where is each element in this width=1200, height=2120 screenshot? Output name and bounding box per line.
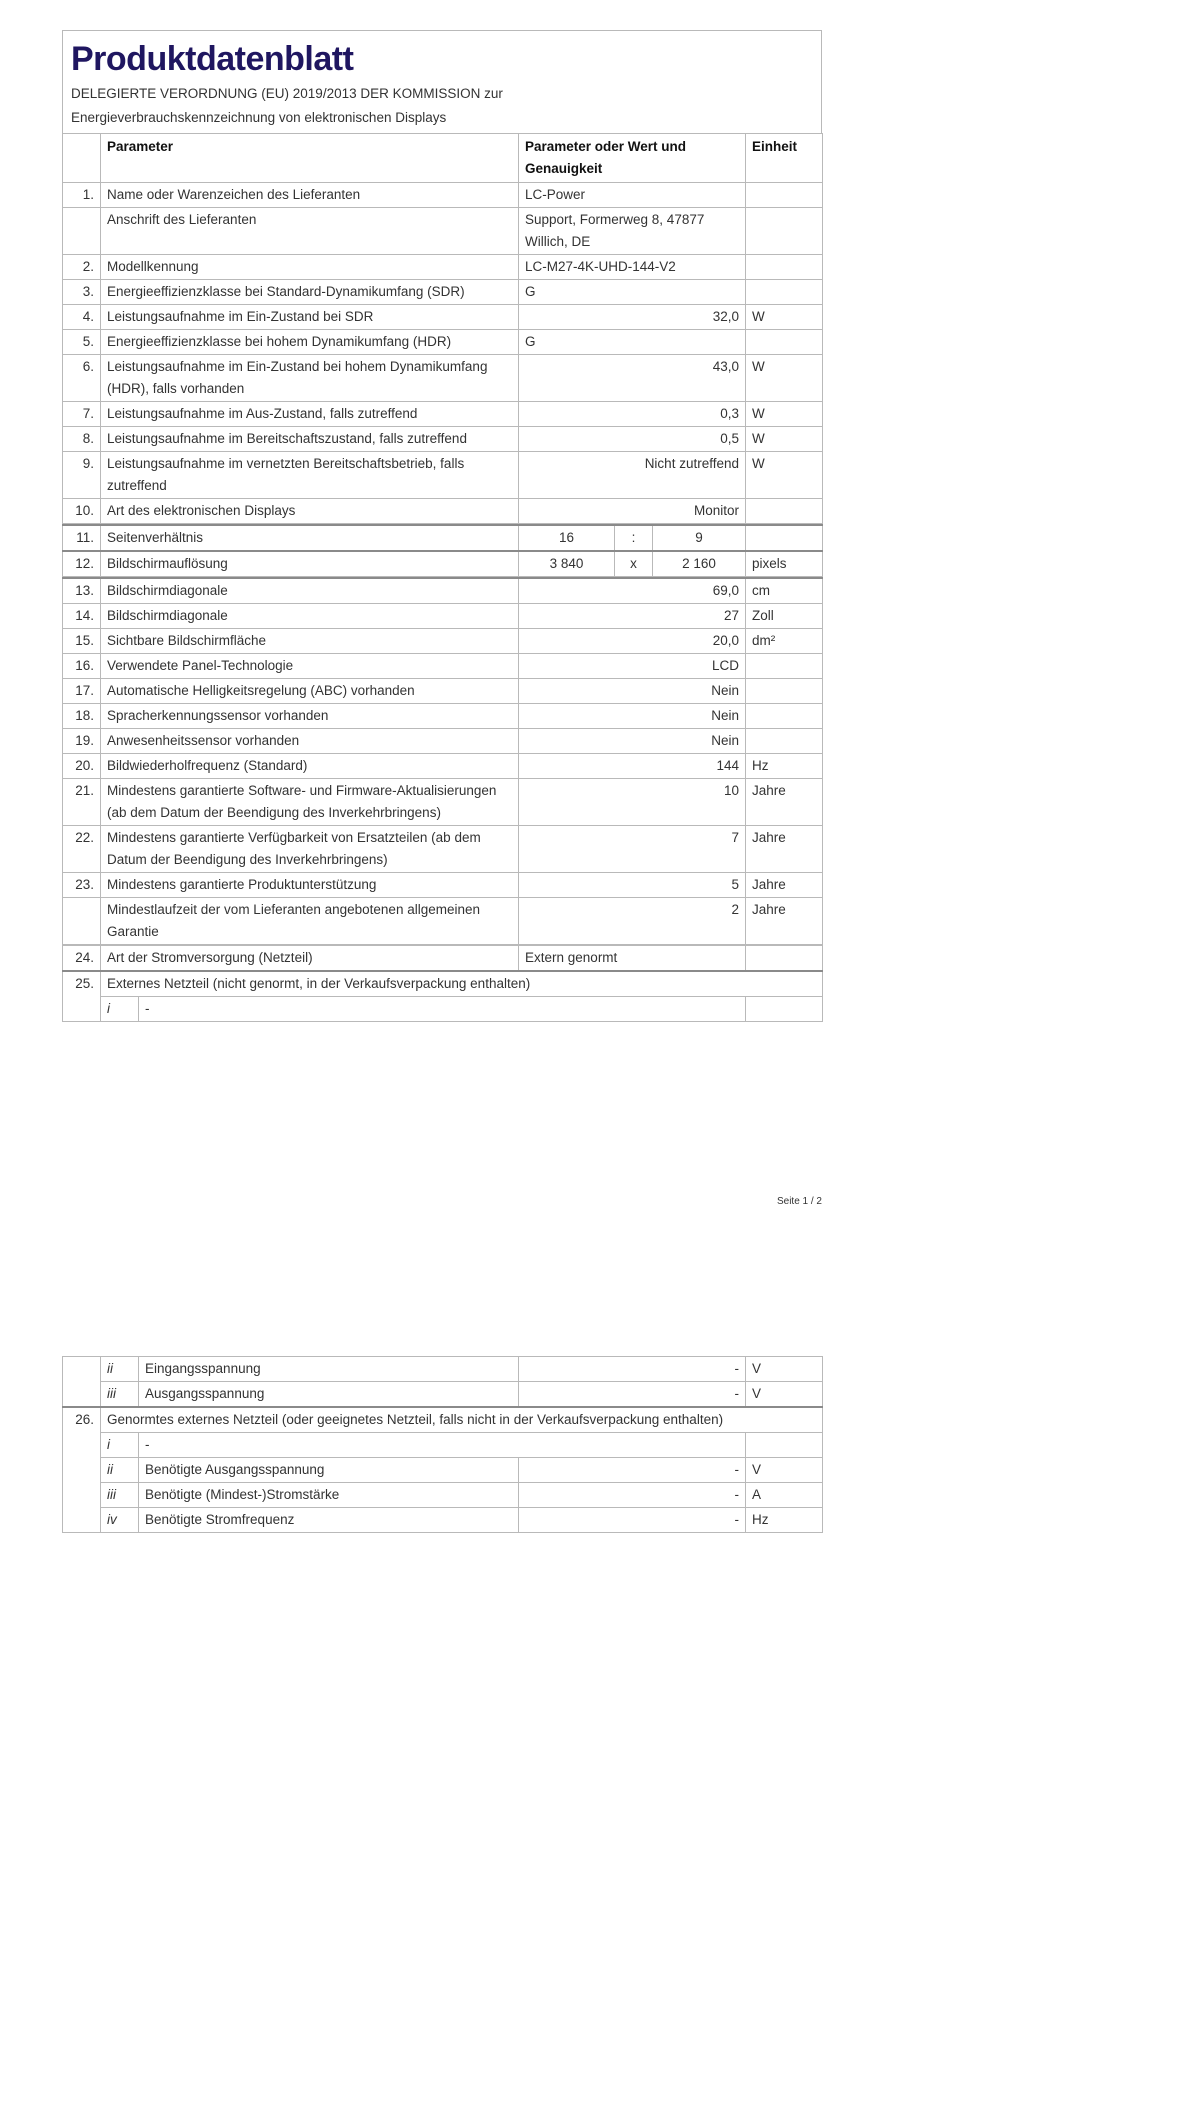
- roman-index: i: [101, 1433, 139, 1458]
- parameter-label: Name oder Warenzeichen des Lieferanten: [101, 183, 519, 208]
- row-number: 2.: [63, 255, 101, 280]
- table-row: iiiAusgangsspannung-V: [63, 1382, 823, 1408]
- unit-label: [746, 679, 823, 704]
- row-number: 22.: [63, 826, 101, 873]
- table-row: 23.Mindestens garantierte Produktunterst…: [63, 873, 823, 898]
- row-number: 13.: [63, 578, 101, 604]
- row-number: 23.: [63, 873, 101, 898]
- parameter-value: 43,0: [519, 355, 746, 402]
- unit-label: W: [746, 355, 823, 402]
- parameter-value: LCD: [519, 654, 746, 679]
- unit-label: [746, 525, 823, 551]
- parameter-label: Bildschirmdiagonale: [101, 604, 519, 629]
- parameter-label: Mindestens garantierte Produktunterstütz…: [101, 873, 519, 898]
- value-b: 9: [653, 525, 746, 551]
- parameter-value: 20,0: [519, 629, 746, 654]
- roman-index: ii: [101, 1357, 139, 1382]
- row-number: 6.: [63, 355, 101, 402]
- row-number: 3.: [63, 280, 101, 305]
- parameter-value: -: [519, 1357, 746, 1382]
- parameter-value: -: [519, 1458, 746, 1483]
- parameter-label: Leistungsaufnahme im Aus-Zustand, falls …: [101, 402, 519, 427]
- row-number: 24.: [63, 946, 101, 972]
- standard-psu-row: 26.Genormtes externes Netzteil (oder gee…: [63, 1407, 823, 1433]
- table-row: Anschrift des LieferantenSupport, Former…: [63, 208, 823, 255]
- unit-label: [746, 183, 823, 208]
- row-number: 25.: [63, 971, 101, 1022]
- row-number: 12.: [63, 551, 101, 577]
- row-number: 10.: [63, 499, 101, 524]
- parameter-label: Leistungsaufnahme im Bereitschaftszustan…: [101, 427, 519, 452]
- row-number: 15.: [63, 629, 101, 654]
- parameter-value: -: [519, 1483, 746, 1508]
- unit-label: W: [746, 305, 823, 330]
- parameter-label: Bildschirmauflösung: [101, 551, 519, 577]
- parameter-label: Leistungsaufnahme im Ein-Zustand bei SDR: [101, 305, 519, 330]
- parameter-value: 5: [519, 873, 746, 898]
- unit-label: Zoll: [746, 604, 823, 629]
- roman-index: iv: [101, 1508, 139, 1533]
- parameter-label: Bildwiederholfrequenz (Standard): [101, 754, 519, 779]
- parameter-label: Verwendete Panel-Technologie: [101, 654, 519, 679]
- header-unit: Einheit: [746, 134, 823, 183]
- header-block: Produktdatenblatt DELEGIERTE VERORDNUNG …: [62, 30, 822, 133]
- table-row: 8.Leistungsaufnahme im Bereitschaftszust…: [63, 427, 823, 452]
- row-number: 16.: [63, 654, 101, 679]
- parameter-label: Mindestens garantierte Verfügbarkeit von…: [101, 826, 519, 873]
- row-number: [63, 208, 101, 255]
- table-row: 9.Leistungsaufnahme im vernetzten Bereit…: [63, 452, 823, 499]
- parameter-value: 69,0: [519, 578, 746, 604]
- parameter-value: Extern genormt: [519, 946, 746, 972]
- datasheet-table-supply: 24.Art der Stromversorgung (Netzteil)Ext…: [62, 945, 823, 1022]
- parameter-value: Nicht zutreffend: [519, 452, 746, 499]
- parameter-value: -: [519, 1382, 746, 1408]
- parameter-label: Energieeffizienzklasse bei Standard-Dyna…: [101, 280, 519, 305]
- parameter-label: Art der Stromversorgung (Netzteil): [101, 946, 519, 972]
- parameter-value: G: [519, 280, 746, 305]
- roman-index: i: [101, 997, 139, 1022]
- roman-index: iii: [101, 1483, 139, 1508]
- roman-index: iii: [101, 1382, 139, 1408]
- parameter-label: Eingangsspannung: [139, 1357, 519, 1382]
- parameter-label: Benötigte Ausgangsspannung: [139, 1458, 519, 1483]
- unit-label: [746, 1433, 823, 1458]
- parameter-label: Modellkennung: [101, 255, 519, 280]
- resolution-row: 12.Bildschirmauflösung3 840x2 160pixels: [63, 551, 823, 577]
- header-value: Parameter oder Wert und Genauigkeit: [519, 134, 746, 183]
- table-header-row: Parameter Parameter oder Wert und Genaui…: [63, 134, 823, 183]
- table-row: 19.Anwesenheitssensor vorhandenNein: [63, 729, 823, 754]
- table-row: 4.Leistungsaufnahme im Ein-Zustand bei S…: [63, 305, 823, 330]
- table-row: 22.Mindestens garantierte Verfügbarkeit …: [63, 826, 823, 873]
- parameter-value: Support, Formerweg 8, 47877 Willich, DE: [519, 208, 746, 255]
- parameter-value: 0,3: [519, 402, 746, 427]
- page-number: Seite 1 / 2: [760, 1196, 822, 1207]
- external-psu-sub-row: i-: [63, 997, 823, 1022]
- row-number: 21.: [63, 779, 101, 826]
- parameter-label: Mindestlaufzeit der vom Lieferanten ange…: [101, 898, 519, 945]
- aspect-ratio-row: 11.Seitenverhältnis16:9: [63, 525, 823, 551]
- row-number: 26.: [63, 1407, 101, 1533]
- row-number: 20.: [63, 754, 101, 779]
- table-row: ivBenötigte Stromfrequenz-Hz: [63, 1508, 823, 1533]
- unit-label: Hz: [746, 1508, 823, 1533]
- parameter-value: 0,5: [519, 427, 746, 452]
- value-a: 16: [519, 525, 615, 551]
- row-number: 14.: [63, 604, 101, 629]
- parameter-value: Nein: [519, 729, 746, 754]
- datasheet-table-cont: 13.Bildschirmdiagonale69,0cm14.Bildschir…: [62, 577, 823, 945]
- row-number: [63, 898, 101, 945]
- parameter-label: Bildschirmdiagonale: [101, 578, 519, 604]
- table-row: 3.Energieeffizienzklasse bei Standard-Dy…: [63, 280, 823, 305]
- unit-label: W: [746, 452, 823, 499]
- parameter-value: 7: [519, 826, 746, 873]
- value-a: 3 840: [519, 551, 615, 577]
- roman-index: ii: [101, 1458, 139, 1483]
- row-number: 8.: [63, 427, 101, 452]
- table-row: iiEingangsspannung-V: [63, 1357, 823, 1382]
- table-row: 15.Sichtbare Bildschirmfläche20,0dm²: [63, 629, 823, 654]
- unit-label: V: [746, 1458, 823, 1483]
- table-row: 6.Leistungsaufnahme im Ein-Zustand bei h…: [63, 355, 823, 402]
- value-b: 2 160: [653, 551, 746, 577]
- unit-label: Jahre: [746, 779, 823, 826]
- parameter-label: Externes Netzteil (nicht genormt, in der…: [101, 971, 823, 997]
- row-number: [63, 1357, 101, 1408]
- datasheet-table: Parameter Parameter oder Wert und Genaui…: [62, 133, 823, 524]
- parameter-value: 10: [519, 779, 746, 826]
- unit-label: [746, 208, 823, 255]
- table-row: 16.Verwendete Panel-TechnologieLCD: [63, 654, 823, 679]
- product-datasheet-page-2: iiEingangsspannung-ViiiAusgangsspannung-…: [62, 1356, 822, 1533]
- unit-label: [746, 729, 823, 754]
- unit-label: pixels: [746, 551, 823, 577]
- parameter-label: Anwesenheitssensor vorhanden: [101, 729, 519, 754]
- datasheet-table-split: 11.Seitenverhältnis16:912.Bildschirmaufl…: [62, 524, 823, 577]
- header-parameter: Parameter: [101, 134, 519, 183]
- standard-psu-sub-row: i-: [63, 1433, 823, 1458]
- table-row: Mindestlaufzeit der vom Lieferanten ange…: [63, 898, 823, 945]
- unit-label: Jahre: [746, 826, 823, 873]
- unit-label: Jahre: [746, 873, 823, 898]
- row-number: 1.: [63, 183, 101, 208]
- table-row: 7.Leistungsaufnahme im Aus-Zustand, fall…: [63, 402, 823, 427]
- row-number: 17.: [63, 679, 101, 704]
- unit-label: W: [746, 427, 823, 452]
- unit-label: Jahre: [746, 898, 823, 945]
- datasheet-table-page2: iiEingangsspannung-ViiiAusgangsspannung-…: [62, 1356, 823, 1533]
- row-number: 19.: [63, 729, 101, 754]
- parameter-label: Art des elektronischen Displays: [101, 499, 519, 524]
- parameter-label: Genormtes externes Netzteil (oder geeign…: [101, 1407, 823, 1433]
- parameter-value: Nein: [519, 679, 746, 704]
- table-row: 20.Bildwiederholfrequenz (Standard)144Hz: [63, 754, 823, 779]
- parameter-label: Sichtbare Bildschirmfläche: [101, 629, 519, 654]
- parameter-label: Seitenverhältnis: [101, 525, 519, 551]
- parameter-label: Automatische Helligkeitsregelung (ABC) v…: [101, 679, 519, 704]
- unit-label: W: [746, 402, 823, 427]
- parameter-value: 2: [519, 898, 746, 945]
- row-number: 7.: [63, 402, 101, 427]
- parameter-label: Benötigte (Mindest-)Stromstärke: [139, 1483, 519, 1508]
- unit-label: cm: [746, 578, 823, 604]
- parameter-label: Leistungsaufnahme im vernetzten Bereitsc…: [101, 452, 519, 499]
- row-number: 11.: [63, 525, 101, 551]
- unit-label: [746, 946, 823, 972]
- parameter-value: G: [519, 330, 746, 355]
- parameter-label: Ausgangsspannung: [139, 1382, 519, 1408]
- unit-label: [746, 280, 823, 305]
- unit-label: dm²: [746, 629, 823, 654]
- table-row: 13.Bildschirmdiagonale69,0cm: [63, 578, 823, 604]
- table-row: 18.Spracherkennungssensor vorhandenNein: [63, 704, 823, 729]
- unit-label: [746, 654, 823, 679]
- parameter-value: Monitor: [519, 499, 746, 524]
- unit-label: [746, 499, 823, 524]
- table-row: 5.Energieeffizienzklasse bei hohem Dynam…: [63, 330, 823, 355]
- row-number: 18.: [63, 704, 101, 729]
- parameter-label: Mindestens garantierte Software- und Fir…: [101, 779, 519, 826]
- parameter-value: -: [519, 1508, 746, 1533]
- table-row: iiBenötigte Ausgangsspannung-V: [63, 1458, 823, 1483]
- power-supply-type-row: 24.Art der Stromversorgung (Netzteil)Ext…: [63, 946, 823, 972]
- value-separator: :: [615, 525, 653, 551]
- product-datasheet-page-1: Produktdatenblatt DELEGIERTE VERORDNUNG …: [62, 30, 822, 1022]
- sub-value: -: [139, 997, 746, 1022]
- unit-label: [746, 330, 823, 355]
- parameter-value: LC-M27-4K-UHD-144-V2: [519, 255, 746, 280]
- table-row: 21.Mindestens garantierte Software- und …: [63, 779, 823, 826]
- table-row: 10.Art des elektronischen DisplaysMonito…: [63, 499, 823, 524]
- parameter-label: Energieeffizienzklasse bei hohem Dynamik…: [101, 330, 519, 355]
- header-num: [63, 134, 101, 183]
- unit-label: V: [746, 1382, 823, 1408]
- row-number: 9.: [63, 452, 101, 499]
- table-row: iiiBenötigte (Mindest-)Stromstärke-A: [63, 1483, 823, 1508]
- parameter-label: Leistungsaufnahme im Ein-Zustand bei hoh…: [101, 355, 519, 402]
- parameter-label: Benötigte Stromfrequenz: [139, 1508, 519, 1533]
- unit-label: Hz: [746, 754, 823, 779]
- parameter-label: Anschrift des Lieferanten: [101, 208, 519, 255]
- sub-value: -: [139, 1433, 746, 1458]
- unit-label: V: [746, 1357, 823, 1382]
- unit-label: A: [746, 1483, 823, 1508]
- unit-label: [746, 997, 823, 1022]
- value-separator: x: [615, 551, 653, 577]
- table-row: 14.Bildschirmdiagonale27Zoll: [63, 604, 823, 629]
- table-row: 2.ModellkennungLC-M27-4K-UHD-144-V2: [63, 255, 823, 280]
- parameter-value: LC-Power: [519, 183, 746, 208]
- page-title: Produktdatenblatt: [71, 37, 813, 81]
- parameter-value: 144: [519, 754, 746, 779]
- parameter-label: Spracherkennungssensor vorhanden: [101, 704, 519, 729]
- parameter-value: Nein: [519, 704, 746, 729]
- unit-label: [746, 704, 823, 729]
- parameter-value: 32,0: [519, 305, 746, 330]
- row-number: 5.: [63, 330, 101, 355]
- table-row: 17.Automatische Helligkeitsregelung (ABC…: [63, 679, 823, 704]
- parameter-value: 27: [519, 604, 746, 629]
- regulation-line-2: Energieverbrauchskennzeichnung von elekt…: [71, 107, 813, 129]
- external-psu-row: 25.Externes Netzteil (nicht genormt, in …: [63, 971, 823, 997]
- table-row: 1.Name oder Warenzeichen des Lieferanten…: [63, 183, 823, 208]
- row-number: 4.: [63, 305, 101, 330]
- regulation-line-1: DELEGIERTE VERORDNUNG (EU) 2019/2013 DER…: [71, 83, 813, 105]
- unit-label: [746, 255, 823, 280]
